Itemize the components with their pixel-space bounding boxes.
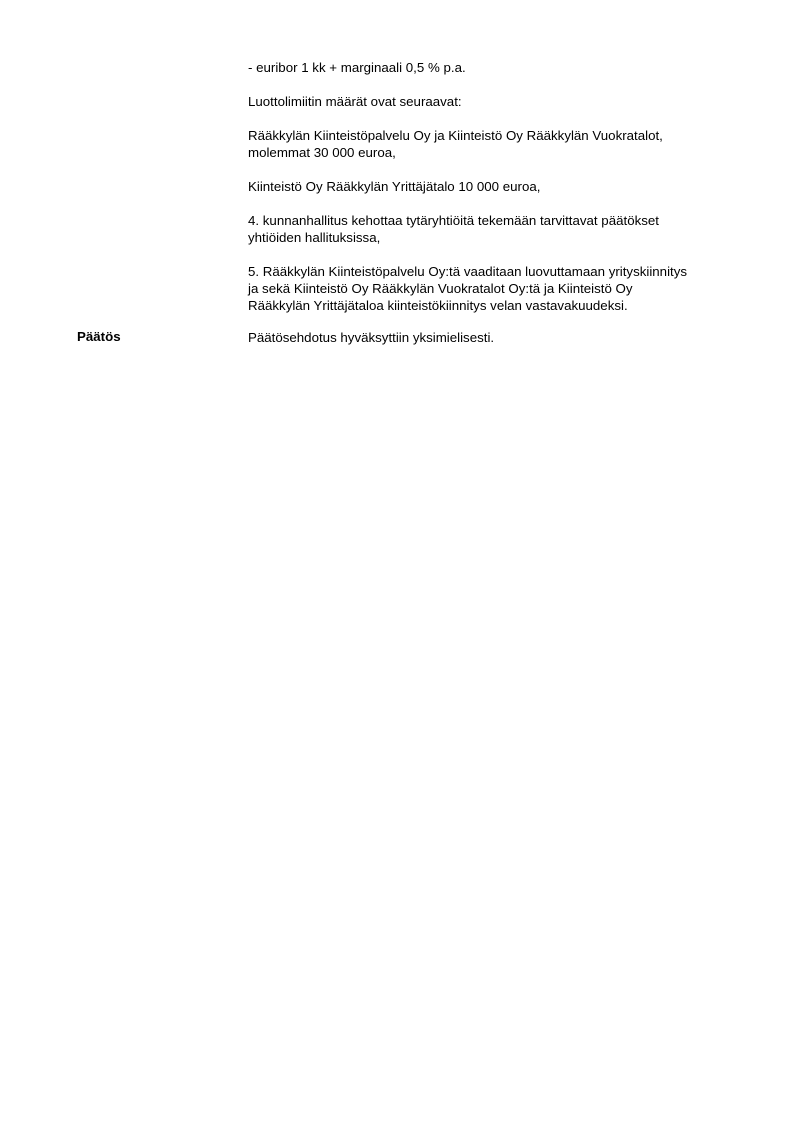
interest-rate-line: - euribor 1 kk + marginaali 0,5 % p.a. xyxy=(248,59,466,76)
decision-text: Päätösehdotus hyväksyttiin yksimielisest… xyxy=(248,329,494,346)
credit-limits-intro: Luottolimiitin määrät ovat seuraavat: xyxy=(248,93,462,110)
item-5-line-c: Rääkkylän Yrittäjätaloa kiinteistökiinni… xyxy=(248,297,628,314)
item-5-line-b: ja sekä Kiinteistö Oy Rääkkylän Vuokrata… xyxy=(248,280,633,297)
item-5-line-a: 5. Rääkkylän Kiinteistöpalvelu Oy:tä vaa… xyxy=(248,263,687,280)
item-4-line-b: yhtiöiden hallituksissa, xyxy=(248,229,380,246)
credit-limit-line-2: Kiinteistö Oy Rääkkylän Yrittäjätalo 10 … xyxy=(248,178,540,195)
item-4-line-a: 4. kunnanhallitus kehottaa tytäryhtiöitä… xyxy=(248,212,659,229)
credit-limit-line-1a: Rääkkylän Kiinteistöpalvelu Oy ja Kiinte… xyxy=(248,127,663,144)
decision-label: Päätös xyxy=(77,328,121,345)
document-page: - euribor 1 kk + marginaali 0,5 % p.a. L… xyxy=(0,0,794,1122)
credit-limit-line-1b: molemmat 30 000 euroa, xyxy=(248,144,396,161)
